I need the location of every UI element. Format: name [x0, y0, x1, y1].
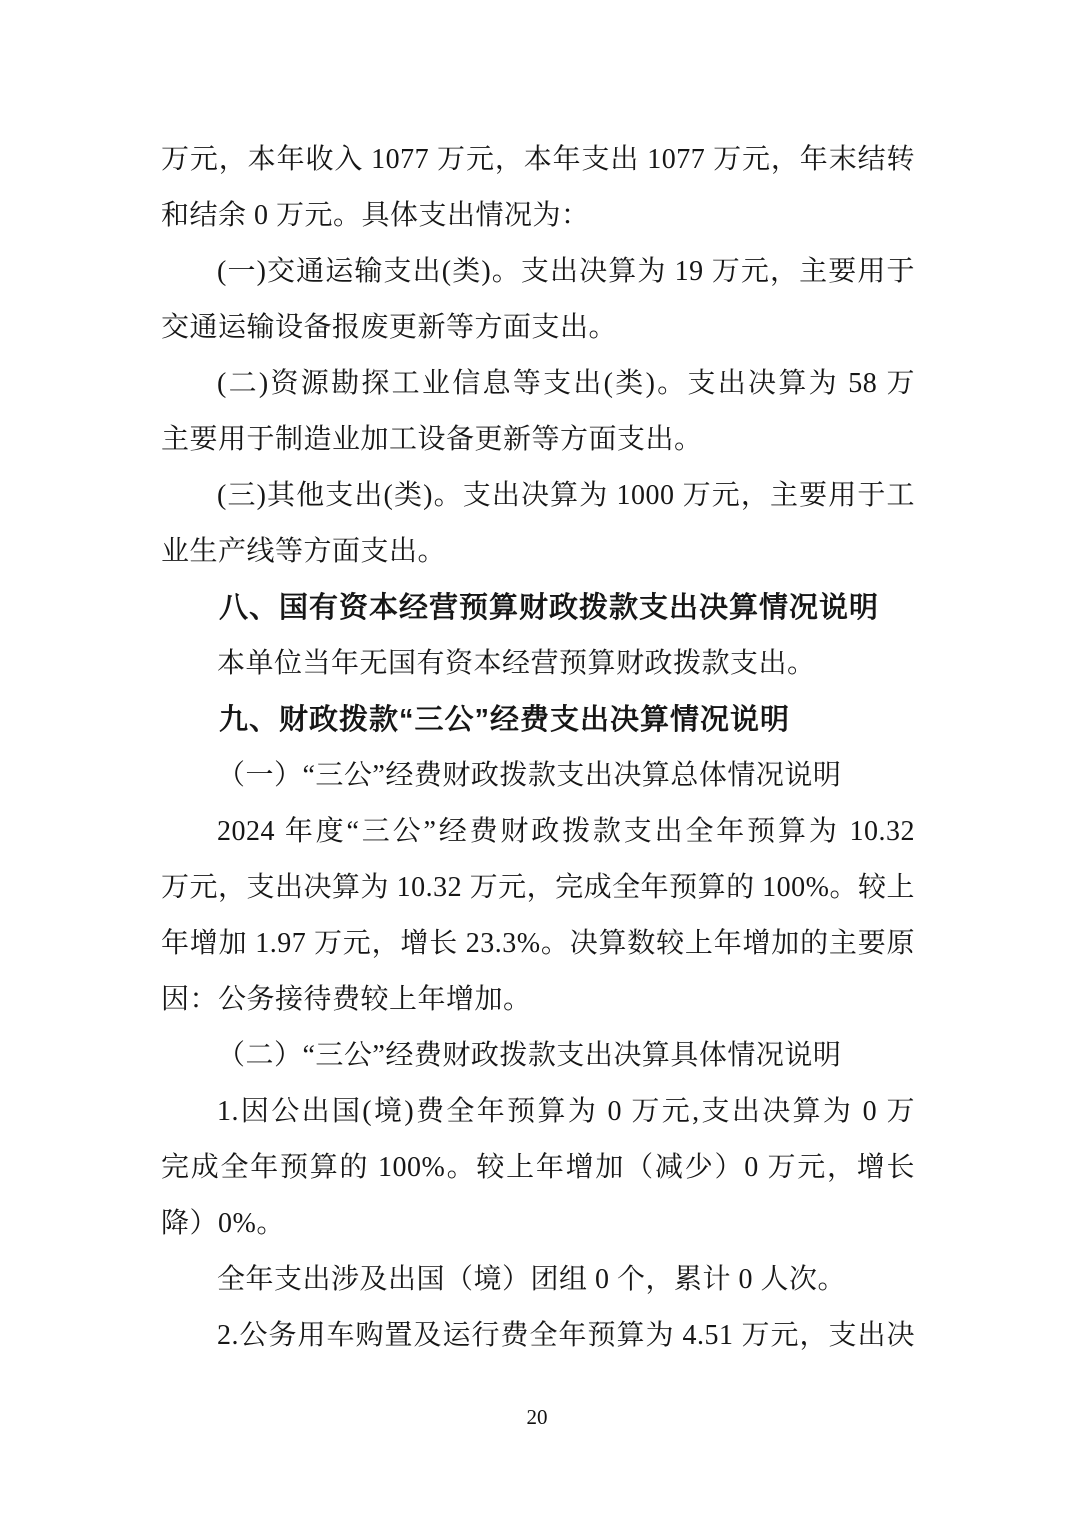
text-line: 因：公务接待费较上年增加。: [161, 972, 915, 1028]
text-line: (一)交通运输支出(类)。支出决算为 19 万元，主要用于: [161, 244, 915, 300]
text-line: 交通运输设备报废更新等方面支出。: [161, 300, 915, 356]
text-line: 业生产线等方面支出。: [161, 524, 915, 580]
text-line: 本单位当年无国有资本经营预算财政拨款支出。: [161, 636, 915, 692]
text-lines: 万元，本年收入 1077 万元，本年支出 1077 万元，年末结转和结余 0 万…: [161, 132, 915, 1364]
text-line: 全年支出涉及出国（境）团组 0 个，累计 0 人次。: [161, 1252, 915, 1308]
document-page: 万元，本年收入 1077 万元，本年支出 1077 万元，年末结转和结余 0 万…: [0, 0, 1074, 1520]
text-line: 2024 年度“三公”经费财政拨款支出全年预算为 10.32: [161, 804, 915, 860]
section-heading: 八、国有资本经营预算财政拨款支出决算情况说明: [161, 580, 915, 636]
text-line: 年增加 1.97 万元，增长 23.3%。决算数较上年增加的主要原: [161, 916, 915, 972]
text-line: （一）“三公”经费财政拨款支出决算总体情况说明: [161, 748, 915, 804]
text-line: (三)其他支出(类)。支出决算为 1000 万元，主要用于工: [161, 468, 915, 524]
section-heading: 九、财政拨款“三公”经费支出决算情况说明: [161, 692, 915, 748]
text-line: 1.因公出国(境)费全年预算为 0 万元,支出决算为 0 万元，: [161, 1084, 915, 1140]
text-line: 降）0%。: [161, 1196, 915, 1252]
page-number: 20: [0, 1402, 1074, 1432]
text-line: (二)资源勘探工业信息等支出(类)。支出决算为 58 万元，: [161, 356, 915, 412]
text-line: 万元，本年收入 1077 万元，本年支出 1077 万元，年末结转: [161, 132, 915, 188]
text-line: 和结余 0 万元。具体支出情况为：: [161, 188, 915, 244]
text-line: （二）“三公”经费财政拨款支出决算具体情况说明: [161, 1028, 915, 1084]
text-line: 2.公务用车购置及运行费全年预算为 4.51 万元，支出决: [161, 1308, 915, 1364]
text-line: 完成全年预算的 100%。较上年增加（减少）0 万元，增长（下: [161, 1140, 915, 1196]
text-line: 万元，支出决算为 10.32 万元，完成全年预算的 100%。较上: [161, 860, 915, 916]
text-line: 主要用于制造业加工设备更新等方面支出。: [161, 412, 915, 468]
